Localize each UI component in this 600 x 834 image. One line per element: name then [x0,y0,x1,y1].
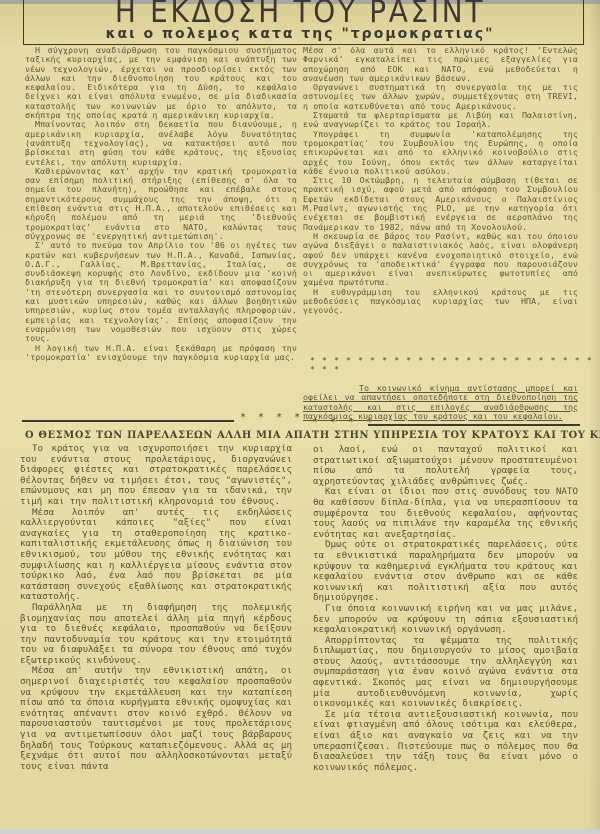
paragraph: Σταματά τα φλερταρίσματα με Λιβύη και Πα… [303,111,578,130]
paragraph: Η σκευωρία σε βάρος του Ρασίντ, καθώς κα… [303,232,578,288]
paragraph: Η λογική των Η.Π.Α. είναι ξεκάθαρη με πρ… [25,344,297,363]
masthead-subtitle: και ο πολεμος κατα της "τρομοκρατιας" [0,26,600,42]
paragraph: Μπαίνοντας λοιπόν στη δεκαετία που διανύ… [25,120,297,166]
paragraph: Οργανώνει συστηματικά τη συνεργασία της … [303,83,578,111]
paragraph: Μέσα σ' όλα αυτά και το ελληνικό κράτος!… [303,46,578,83]
separator-stars: * * * * [312,417,375,428]
paragraph: Υπογράφει τη συμφωνία 'καταπολέμησης της… [303,130,578,176]
paragraph: Όμως ούτε οι στρατοκρατικές παρελάσεις, … [313,540,578,604]
separator-stars: * * * * [240,412,303,423]
paragraph: Η σύγχρονη αναδιάρθρωση του παγκόσμιου σ… [25,46,297,120]
paragraph: Μέσα λοιπόν απ' αυτές τις εκδηλώσεις καλ… [20,508,292,603]
divider-rule [22,420,234,422]
scanned-page: Η ΕΚΔΟΣΗ ΤΟΥ ΡΑΣΙΝΤ και ο πολεμος κατα τ… [0,0,600,834]
article1-column-right: Μέσα σ' όλα αυτά και το ελληνικό κράτος!… [303,46,578,316]
separator-stars: * * * * * * * * * * * * * * * * * * * * … [310,356,600,374]
paragraph: Για όποια κοινωνική ειρήνη και να μας μι… [313,604,578,636]
paragraph: Το κράτος για να ισχυροποιήσει την κυρια… [20,444,292,508]
paragraph: Σ' αυτό το πνεύμα τον Απρίλιο του '86 οι… [25,241,297,343]
paragraph: Μέσα απ' αυτήν την εθνικιστική απάτη, οι… [20,666,292,772]
paragraph: Και είναι οι ίδιοι που στις συνόδους του… [313,487,578,540]
paragraph: Παράλληλα με τη διαφήμηση της πολεμικής … [20,603,292,667]
callout-text: Το κοινωνικό κίνημα αντίστασης μπορεί κα… [303,383,578,421]
divider-rule [368,424,580,426]
scan-right-edge [588,0,600,834]
paragraph: Καθιερώνοντας κατ' αρχήν την κρατική τρο… [25,167,297,241]
scan-bottom-edge [0,829,600,834]
callout-box: Το κοινωνικό κίνημα αντίστασης μπορεί κα… [303,384,578,421]
paragraph: οι λαοί, ενώ οι πανταχού πολιτικοί και σ… [313,445,578,487]
paragraph: Στις 10 Οκτώμβρη, η τελευταία σύμβαση τί… [303,176,578,232]
paragraph: Απορρίπτοντας τα ψέμματα της πολιτικής δ… [313,636,578,710]
article2-column-left: Το κράτος για να ισχυροποιήσει την κυρια… [20,444,292,772]
paragraph: Σε μία τέτοια αντιεξουσιαστική κοινωνία,… [313,710,578,774]
article2-column-right: οι λαοί, ενώ οι πανταχού πολιτικοί και σ… [313,445,578,773]
article2-heading: Ο ΘΕΣΜΟΣ ΤΩΝ ΠΑΡΕΛΑΣΕΩΝ ΑΛΛΗ ΜΙΑ ΑΠΑΤΗ Σ… [25,430,585,441]
paragraph: Η ευθυγράμμιση του ελληνικού κράτους με … [303,288,578,316]
article1-column-left: Η σύγχρονη αναδιάρθρωση του παγκόσμιου σ… [25,46,297,362]
